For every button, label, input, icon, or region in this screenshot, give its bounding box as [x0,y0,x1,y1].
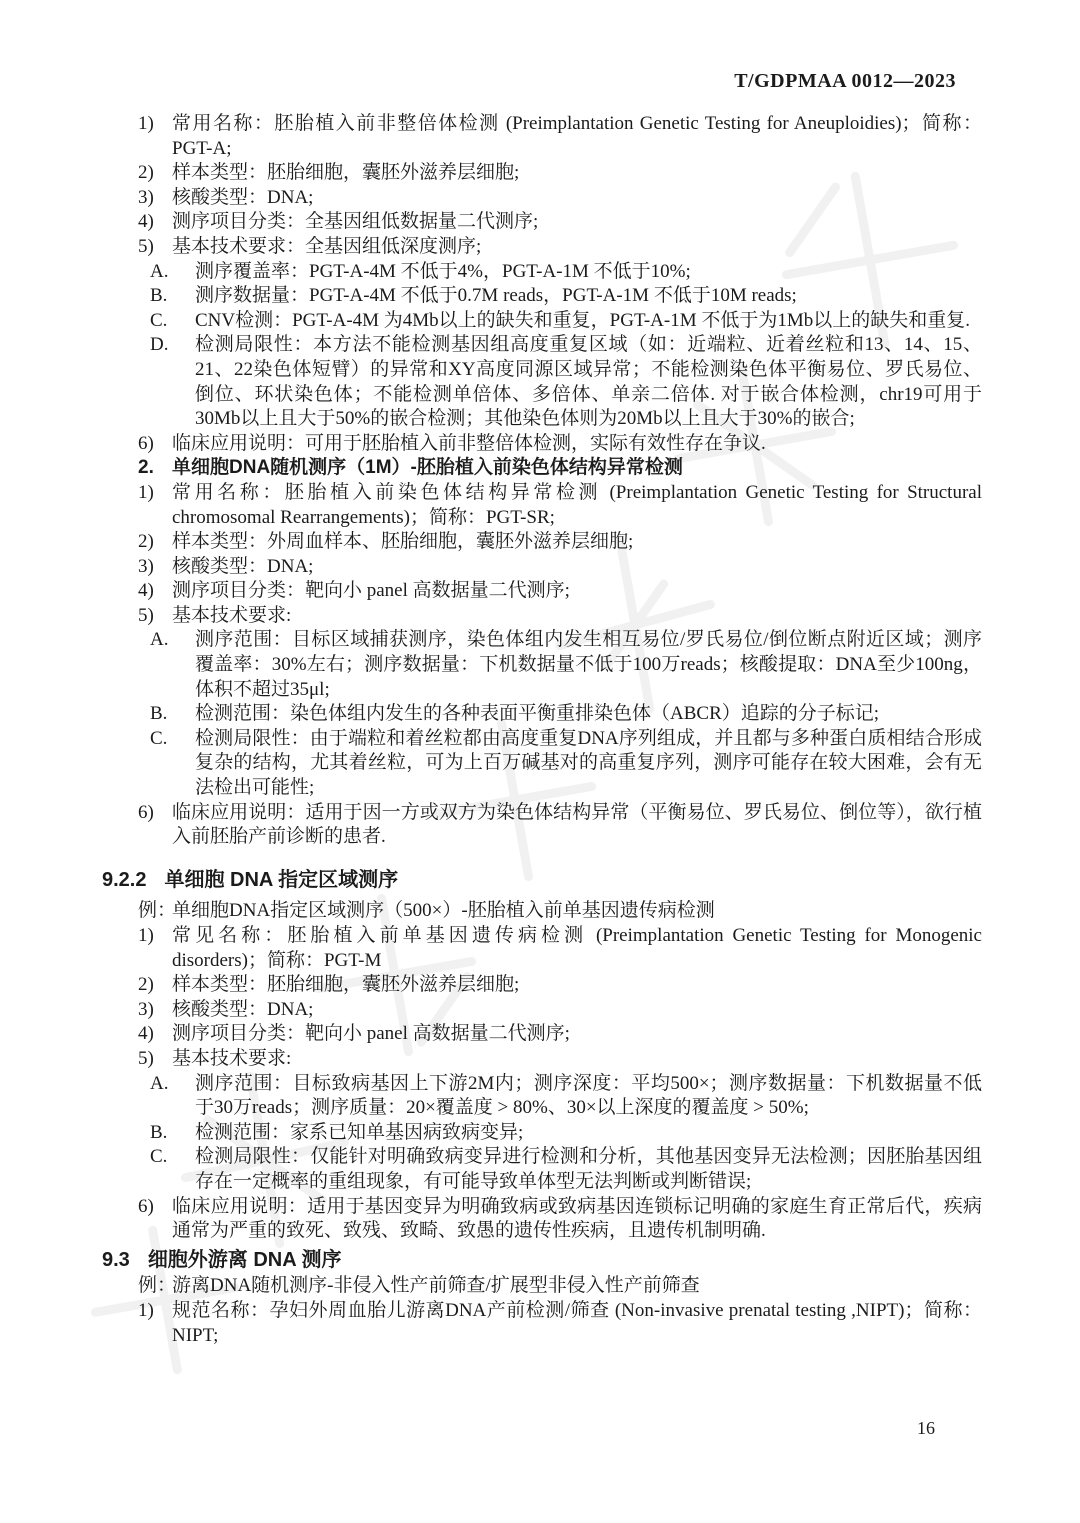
item-text: 基本技术要求：全基因组低深度测序; [172,236,481,257]
list-item: 6)临床应用说明：适用于基因变异为明确致病或致病基因连锁标记明确的家庭生育正常后… [100,1195,982,1244]
section-heading: 9.3细胞外游离 DNA 测序 [102,1248,982,1273]
item-text: 测序数据量：PGT-A-4M 不低于0.7M reads，PGT-A-1M 不低… [195,285,797,306]
list-item: 3)核酸类型：DNA; [100,998,982,1023]
item-text: CNV检测：PGT-A-4M 为4Mb以上的缺失和重复，PGT-A-1M 不低于… [195,310,970,331]
list-heading: 2.单细胞DNA随机测序（1M）-胚胎植入前染色体结构异常检测 [100,456,982,481]
sub-list-item: A.测序范围：目标区域捕获测序，染色体组内发生相互易位/罗氏易位/倒位断点附近区… [100,628,982,702]
item-text: 检测局限性：本方法不能检测基因组高度重复区域（如：近端粒、近着丝粒和13、14、… [195,334,982,429]
item-text: 基本技术要求: [172,1048,291,1069]
item-marker: 3) [138,186,154,211]
list-item: 5)基本技术要求: [100,604,982,629]
item-marker: 5) [138,235,154,260]
page-number: 16 [917,1418,935,1439]
item-marker: 2) [138,161,154,186]
sub-list-item: C.CNV检测：PGT-A-4M 为4Mb以上的缺失和重复，PGT-A-1M 不… [100,309,982,334]
sub-list-item: A.测序范围：目标致病基因上下游2M内；测序深度：平均500×；测序数据量：下机… [100,1072,982,1121]
list-item: 6)临床应用说明：适用于因一方或双方为染色体结构异常（平衡易位、罗氏易位、倒位等… [100,801,982,850]
item-text: 检测范围：染色体组内发生的各种表面平衡重排染色体（ABCR）追踪的分子标记; [195,703,879,724]
item-text: 测序项目分类：全基因组低数据量二代测序; [172,211,538,232]
list-item: 6)临床应用说明：可用于胚胎植入前非整倍体检测，实际有效性存在争议. [100,432,982,457]
item-marker: B. [150,702,167,727]
item-text: 常见名称：胚胎植入前单基因遗传病检测 (Preimplantation Gene… [172,925,982,971]
document-page: T/GDPMAA 0012—2023 1)常用名称：胚胎植入前非整倍体检测 (P… [0,0,1080,1523]
document-body: 1)常用名称：胚胎植入前非整倍体检测 (Preimplantation Gene… [100,112,982,1348]
item-text: 临床应用说明：可用于胚胎植入前非整倍体检测，实际有效性存在争议. [172,433,766,454]
item-marker: C. [150,1145,167,1170]
item-marker: 5) [138,1047,154,1072]
item-marker: C. [150,727,167,752]
sub-list-item: C.检测局限性：由于端粒和着丝粒都由高度重复DNA序列组成，并且都与多种蛋白质相… [100,727,982,801]
list-item: 1)常用名称：胚胎植入前非整倍体检测 (Preimplantation Gene… [100,112,982,161]
sub-list-item: B.测序数据量：PGT-A-4M 不低于0.7M reads，PGT-A-1M … [100,284,982,309]
sub-list-item: C.检测局限性：仅能针对明确致病变异进行检测和分析，其他基因变异无法检测；因胚胎… [100,1145,982,1194]
item-marker: 2) [138,973,154,998]
item-marker: 2) [138,530,154,555]
item-text: 检测局限性：由于端粒和着丝粒都由高度重复DNA序列组成，并且都与多种蛋白质相结合… [195,728,982,798]
item-text: 测序范围：目标致病基因上下游2M内；测序深度：平均500×；测序数据量：下机数据… [195,1073,982,1119]
list-item: 2)样本类型：外周血样本、胚胎细胞，囊胚外滋养层细胞; [100,530,982,555]
item-marker: 6) [138,801,154,826]
item-text: 测序项目分类：靶向小 panel 高数据量二代测序; [172,1023,570,1044]
list-item: 例：游离DNA随机测序-非侵入性产前筛查/扩展型非侵入性产前筛查 [100,1274,982,1299]
list-item: 1)规范名称：孕妇外周血胎儿游离DNA产前检测/筛查 (Non-invasive… [100,1299,982,1348]
item-marker: A. [150,260,168,285]
item-text: 游离DNA随机测序-非侵入性产前筛查/扩展型非侵入性产前筛查 [172,1275,700,1296]
item-marker: C. [150,309,167,334]
item-marker: 1) [138,924,154,949]
item-text: 常用名称：胚胎植入前染色体结构异常检测 (Preimplantation Gen… [172,482,982,528]
list-item: 3)核酸类型：DNA; [100,186,982,211]
item-marker: 1) [138,1299,154,1324]
item-marker: B. [150,1121,167,1146]
item-marker: 4) [138,210,154,235]
item-marker: B. [150,284,167,309]
item-marker: 4) [138,579,154,604]
item-marker: 例： [138,899,176,924]
item-text: 样本类型：外周血样本、胚胎细胞，囊胚外滋养层细胞; [172,531,633,552]
item-text: 常用名称：胚胎植入前非整倍体检测 (Preimplantation Geneti… [172,113,982,159]
list-item: 例：单细胞DNA指定区域测序（500×）-胚胎植入前单基因遗传病检测 [100,899,982,924]
sub-list-item: A.测序覆盖率：PGT-A-4M 不低于4%，PGT-A-1M 不低于10%; [100,260,982,285]
item-text: 基本技术要求: [172,605,291,626]
list-item: 1)常见名称：胚胎植入前单基因遗传病检测 (Preimplantation Ge… [100,924,982,973]
item-text: 测序范围：目标区域捕获测序，染色体组内发生相互易位/罗氏易位/倒位断点附近区域；… [195,629,982,699]
item-marker: 2. [138,456,154,481]
item-text: 样本类型：胚胎细胞，囊胚外滋养层细胞; [172,162,519,183]
list-item: 4)测序项目分类：靶向小 panel 高数据量二代测序; [100,1022,982,1047]
list-item: 2)样本类型：胚胎细胞，囊胚外滋养层细胞; [100,973,982,998]
item-text: 核酸类型：DNA; [172,187,313,208]
item-text: 测序项目分类：靶向小 panel 高数据量二代测序; [172,580,570,601]
item-marker: 3) [138,555,154,580]
item-text: 单细胞DNA随机测序（1M）-胚胎植入前染色体结构异常检测 [172,457,683,478]
list-item: 1)常用名称：胚胎植入前染色体结构异常检测 (Preimplantation G… [100,481,982,530]
item-marker: D. [150,333,168,358]
section-number: 9.2.2 [102,869,146,891]
section-heading: 9.2.2单细胞 DNA 指定区域测序 [102,868,982,893]
section-number: 9.3 [102,1249,130,1271]
sub-list-item: D.检测局限性：本方法不能检测基因组高度重复区域（如：近端粒、近着丝粒和13、1… [100,333,982,431]
list-item: 5)基本技术要求：全基因组低深度测序; [100,235,982,260]
list-item: 5)基本技术要求: [100,1047,982,1072]
item-text: 核酸类型：DNA; [172,556,313,577]
item-marker: 1) [138,112,154,137]
item-text: 测序覆盖率：PGT-A-4M 不低于4%，PGT-A-1M 不低于10%; [195,261,691,282]
section-title: 单细胞 DNA 指定区域测序 [164,869,398,891]
item-text: 规范名称：孕妇外周血胎儿游离DNA产前检测/筛查 (Non-invasive p… [172,1300,982,1346]
sub-list-item: B.检测范围：染色体组内发生的各种表面平衡重排染色体（ABCR）追踪的分子标记; [100,702,982,727]
item-text: 临床应用说明：适用于因一方或双方为染色体结构异常（平衡易位、罗氏易位、倒位等），… [172,802,982,848]
item-marker: 4) [138,1022,154,1047]
list-item: 3)核酸类型：DNA; [100,555,982,580]
item-text: 单细胞DNA指定区域测序（500×）-胚胎植入前单基因遗传病检测 [172,900,715,921]
list-item: 2)样本类型：胚胎细胞，囊胚外滋养层细胞; [100,161,982,186]
item-text: 检测范围：家系已知单基因病致病变异; [195,1122,523,1143]
standard-code: T/GDPMAA 0012—2023 [734,70,956,93]
item-marker: 3) [138,998,154,1023]
item-marker: 6) [138,432,154,457]
list-item: 4)测序项目分类：全基因组低数据量二代测序; [100,210,982,235]
item-text: 核酸类型：DNA; [172,999,313,1020]
item-marker: A. [150,1072,168,1097]
item-text: 检测局限性：仅能针对明确致病变异进行检测和分析，其他基因变异无法检测；因胚胎基因… [195,1146,982,1192]
item-marker: 6) [138,1195,154,1220]
item-marker: 5) [138,604,154,629]
list-item: 4)测序项目分类：靶向小 panel 高数据量二代测序; [100,579,982,604]
section-title: 细胞外游离 DNA 测序 [148,1249,342,1271]
item-marker: A. [150,628,168,653]
item-text: 临床应用说明：适用于基因变异为明确致病或致病基因连锁标记明确的家庭生育正常后代，… [172,1196,982,1242]
item-text: 样本类型：胚胎细胞，囊胚外滋养层细胞; [172,974,519,995]
item-marker: 1) [138,481,154,506]
item-marker: 例： [138,1274,176,1299]
sub-list-item: B.检测范围：家系已知单基因病致病变异; [100,1121,982,1146]
